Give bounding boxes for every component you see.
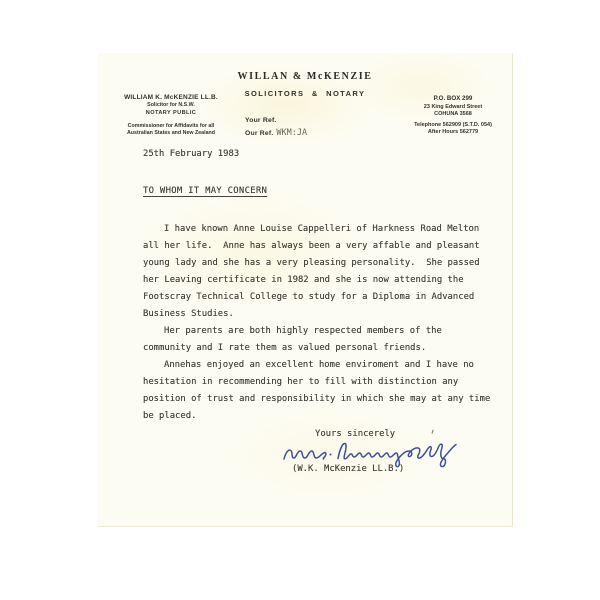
typed-signatory-name: (W.K. McKenzie LL.B.) — [292, 464, 404, 474]
letterhead-right-line: 23 King Edward Street — [391, 104, 515, 112]
body-line: her Leaving certificate in 1982 and she … — [143, 272, 488, 289]
our-ref-row: Our Ref.WKM:JA — [245, 122, 307, 132]
letterhead-right-block: P.O. BOX 29923 King Edward StreetCOHUNA … — [391, 95, 515, 137]
letterhead-left-line: Solicitor for N.S.W. — [106, 102, 236, 109]
body-line: hesitation in recommending her to fill w… — [143, 374, 488, 391]
body-line: all her life. Anne has always been a ver… — [143, 238, 488, 255]
letterhead-right-line: COHUNA 3568 — [391, 111, 515, 119]
letterhead-left-block: WILLIAM K. McKENZIE LL.B.Solicitor for N… — [106, 94, 236, 137]
ink-mark — [431, 430, 435, 435]
scanned-letter-page: WILLAN & McKENZIE SOLICITORS & NOTARY WI… — [0, 0, 600, 600]
letterhead-right-line: Telephone 562909 (S.T.D. 054) — [391, 122, 515, 130]
salutation-line: TO WHOM IT MAY CONCERN — [143, 186, 267, 196]
our-ref-value: WKM:JA — [276, 128, 307, 138]
body-line: community and I rate them as valued pers… — [143, 340, 488, 357]
letterhead-left-line: NOTARY PUBLIC — [106, 110, 236, 117]
letterhead-left-line: Australian States and New Zealand — [106, 130, 236, 137]
letter-paper: WILLAN & McKENZIE SOLICITORS & NOTARY WI… — [98, 53, 513, 527]
our-ref-label: Our Ref. — [245, 130, 273, 137]
body-line: Her parents are both highly respected me… — [143, 323, 488, 340]
letterhead-left-line: Commissioner for Affidavits for all — [106, 123, 236, 130]
reference-block: Your Ref. Our Ref.WKM:JA — [245, 109, 307, 132]
body-line: Footscray Technical College to study for… — [143, 289, 488, 306]
body-line: position of trust and responsibility in … — [143, 391, 488, 408]
body-line: be placed. — [143, 408, 488, 425]
firm-name: WILLAN & McKENZIE — [98, 71, 512, 82]
your-ref-row: Your Ref. — [245, 109, 307, 119]
body-line: I have known Anne Louise Cappelleri of H… — [143, 221, 488, 238]
letterhead-right-line: After Hours 562779 — [391, 129, 515, 137]
body-line: Business Studies. — [143, 306, 488, 323]
letterhead-right-line: P.O. BOX 299 — [391, 95, 515, 103]
letter-body: I have known Anne Louise Cappelleri of H… — [143, 221, 488, 425]
body-line: young lady and she has a very pleasing p… — [143, 255, 488, 272]
letterhead-left-line: WILLIAM K. McKENZIE LL.B. — [106, 94, 236, 102]
letter-date: 25th February 1983 — [143, 149, 239, 159]
body-line: Annehas enjoyed an excellent home enviro… — [143, 357, 488, 374]
